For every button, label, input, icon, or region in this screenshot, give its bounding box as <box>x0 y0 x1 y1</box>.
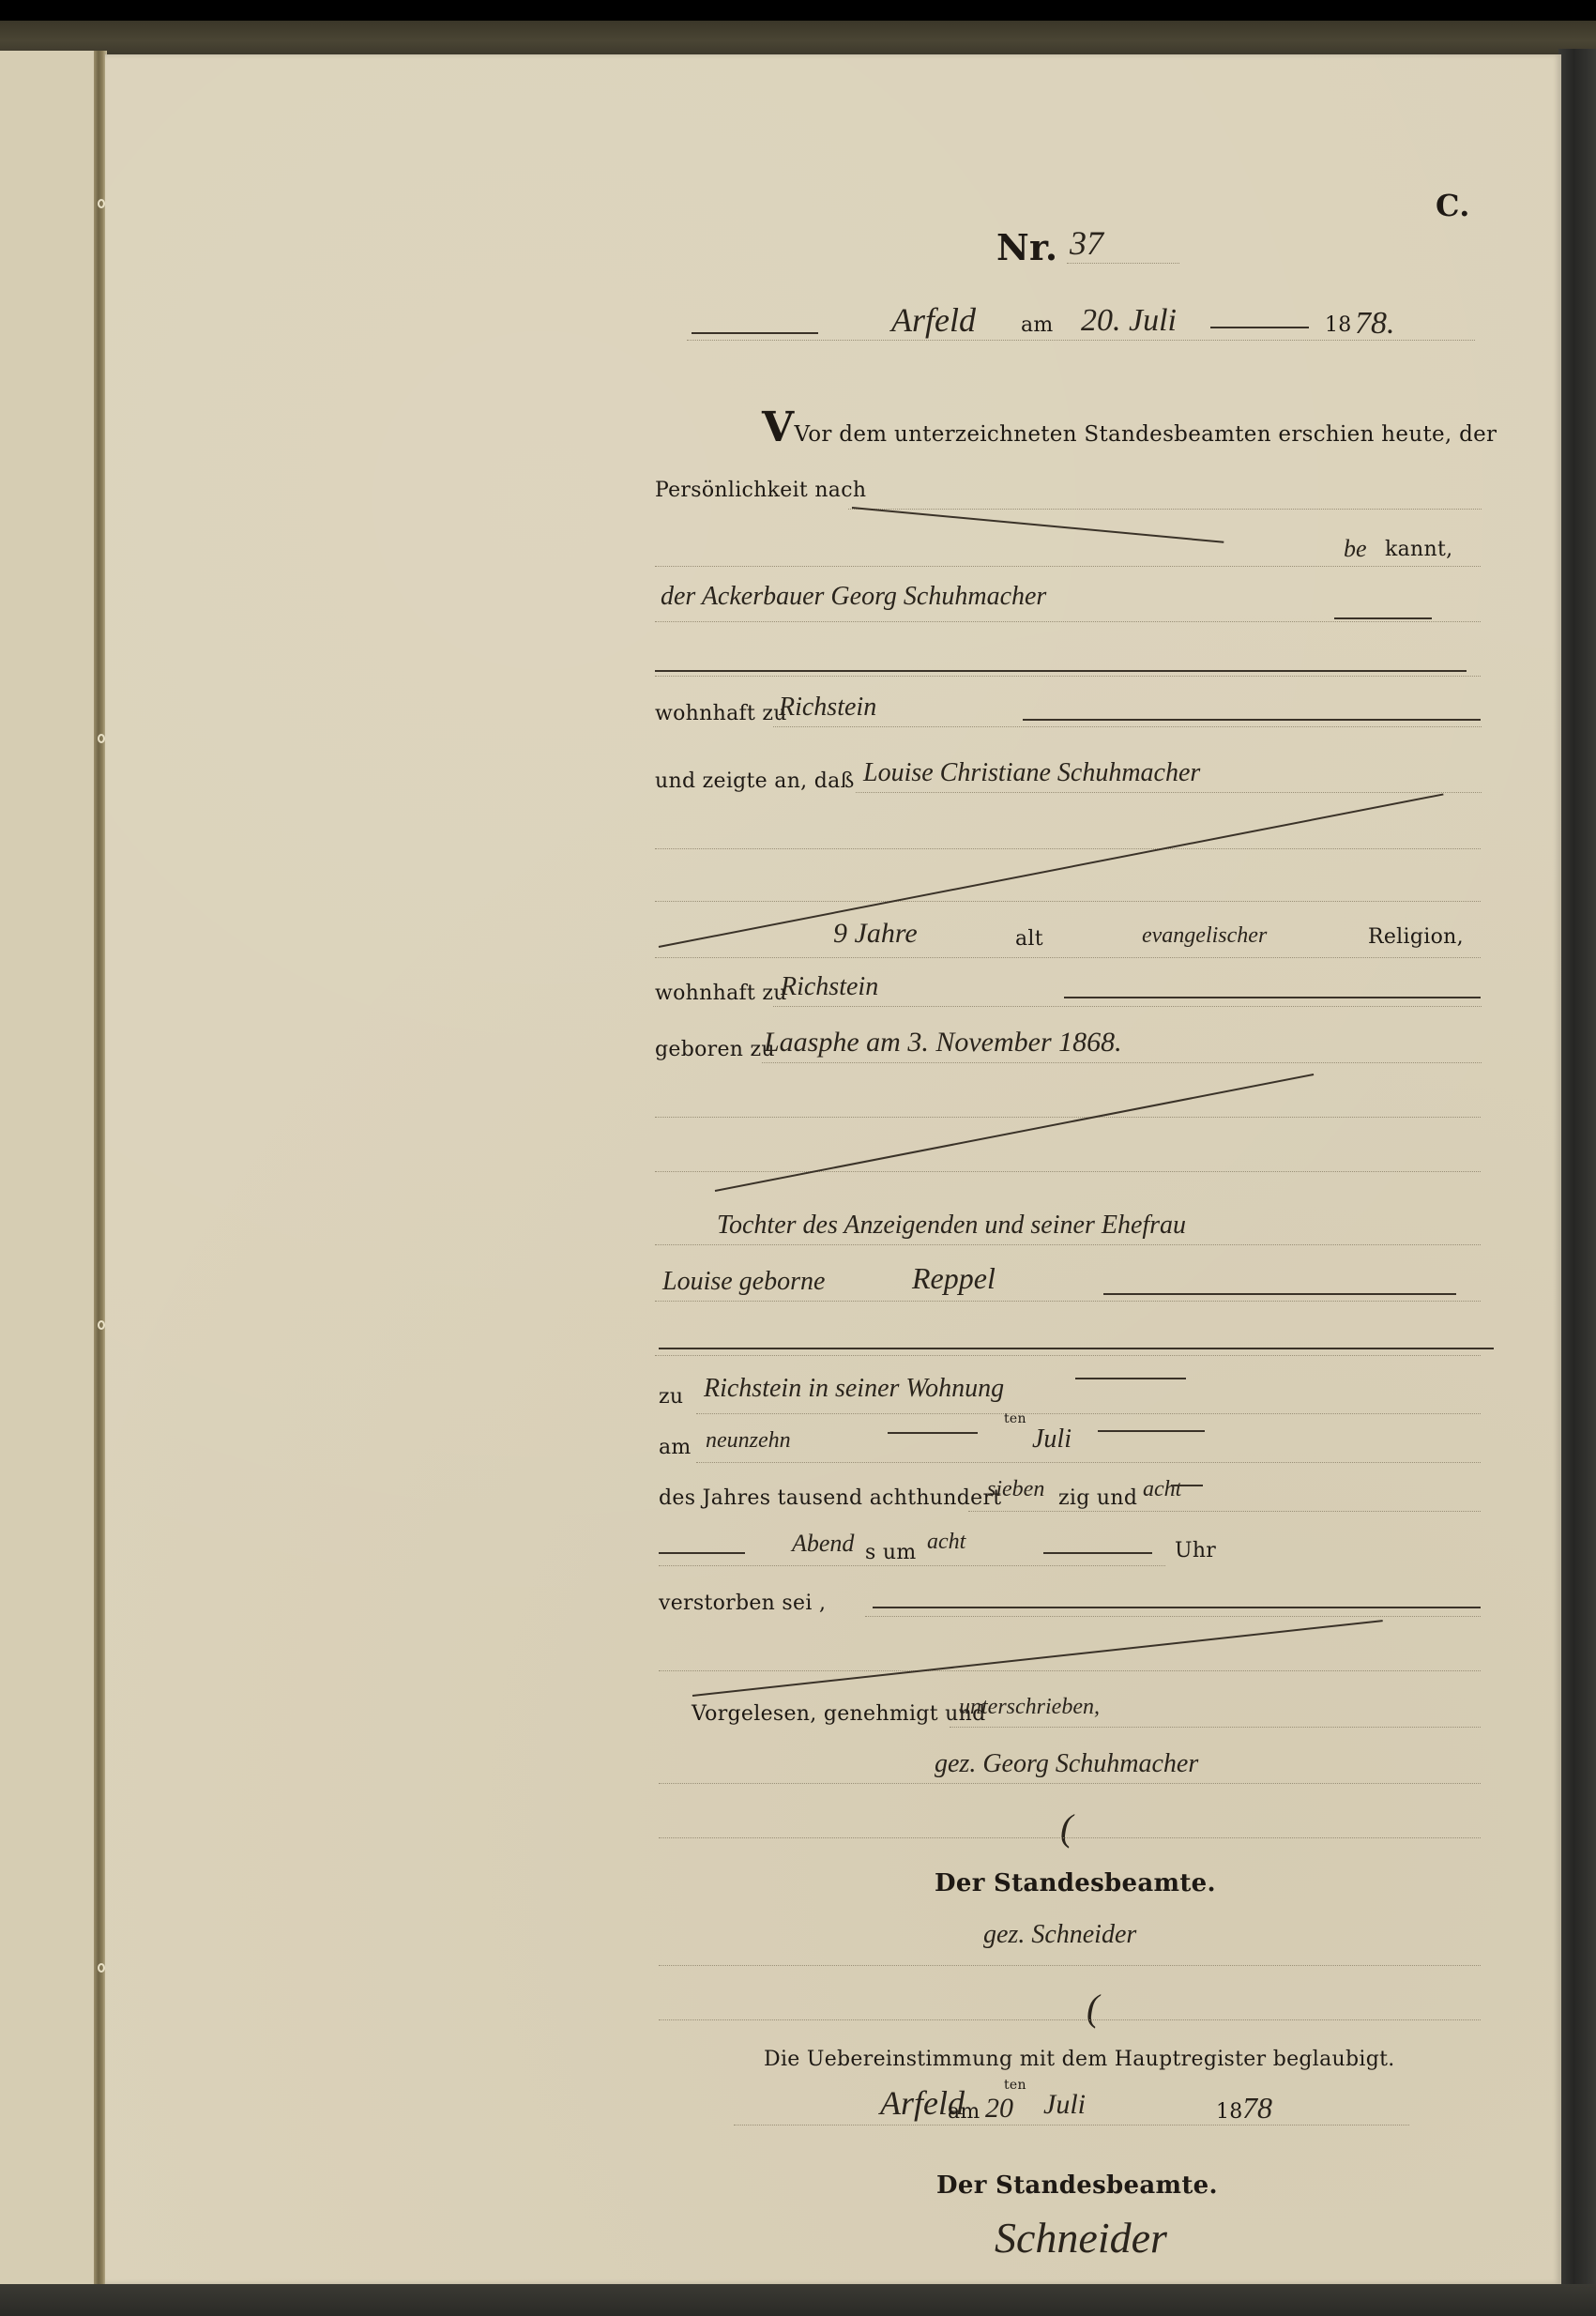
place-field: Arfeld <box>891 300 976 340</box>
declarant-signature: gez. Georg Schuhmacher <box>935 1749 1198 1779</box>
death-register-page: C. Nr. 37 Arfeld am 20. Juli 18 78. VVor… <box>105 54 1561 2284</box>
filler-stroke <box>1098 1430 1205 1432</box>
bekannt-print: kannt, <box>1385 538 1452 561</box>
filler-stroke <box>1334 617 1432 619</box>
birth-field: Laasphe am 3. November 1868. <box>764 1027 1122 1059</box>
dotted-rule <box>655 848 1481 849</box>
dotted-rule <box>773 726 1482 727</box>
age-field: 9 Jahre <box>833 918 918 950</box>
bekannt-hand: be <box>1344 535 1367 563</box>
filler-stroke <box>1171 1485 1203 1486</box>
dotted-rule <box>659 2019 1481 2020</box>
filler-stroke <box>1064 997 1481 998</box>
uhr-label: Uhr <box>1175 1539 1216 1562</box>
dotted-rule <box>848 509 1482 510</box>
dotted-rule <box>696 1413 1481 1414</box>
verstorben-label: verstorben sei , <box>659 1592 826 1615</box>
strike-line <box>715 1074 1314 1192</box>
initial-capital: V <box>762 404 794 451</box>
cert-year-suffix-field: 78 <box>1242 2091 1272 2126</box>
vorgelesen-field: unterschrieben, <box>959 1695 1100 1720</box>
religion-field: evangelischer <box>1142 923 1267 949</box>
filler-stroke <box>1103 1293 1456 1295</box>
death-day-field: neunzehn <box>706 1428 791 1454</box>
dotted-rule <box>655 566 1481 567</box>
dotted-rule <box>655 1301 1481 1302</box>
death-month-field: Juli <box>1032 1425 1072 1455</box>
decade-field: sieben <box>987 1477 1044 1502</box>
am-label-2: am <box>659 1436 692 1459</box>
unit-field: acht <box>1143 1477 1181 1502</box>
cert-ten-superscript: ten <box>1004 2078 1026 2093</box>
dotted-rule <box>655 1355 1481 1356</box>
wohnhaft-label: wohnhaft zu <box>655 702 787 725</box>
final-signature: Schneider <box>995 2213 1167 2263</box>
dotted-rule <box>655 1117 1481 1118</box>
left-page <box>0 51 98 2288</box>
dotted-rule <box>968 1511 1481 1512</box>
number-label: Nr. <box>996 226 1057 268</box>
intro-line: Vor dem unterzeichneten Standesbeamten e… <box>794 422 1497 447</box>
dotted-rule <box>655 901 1481 902</box>
binding-stitch <box>98 734 105 743</box>
strike-line <box>852 507 1224 543</box>
dotted-rule <box>659 1965 1481 1966</box>
form-letter: C. <box>1436 188 1470 223</box>
filler-stroke <box>1075 1378 1186 1379</box>
date-field: 20. Juli <box>1081 303 1177 339</box>
jahres-label: des Jahres tausend achthundert <box>659 1486 1001 1510</box>
book-cover-right <box>1558 49 1596 2316</box>
am-label: am <box>1021 313 1054 337</box>
official-title-2: Der Standesbeamte. <box>936 2171 1218 2200</box>
signature-mark: ( <box>1060 1806 1072 1850</box>
strike-line <box>659 793 1444 948</box>
dotted-rule <box>655 621 1481 622</box>
dotted-rule <box>762 1062 1482 1063</box>
cert-am-label: am <box>948 2100 980 2124</box>
book-cover-top <box>0 21 1596 54</box>
residence-field: Richstein <box>779 693 876 723</box>
death-place-field: Richstein in seiner Wohnung <box>704 1374 1004 1404</box>
year-suffix-field: 78. <box>1355 306 1395 342</box>
year-prefix: 18 <box>1325 313 1352 337</box>
dotted-rule <box>659 1837 1481 1838</box>
binding-stitch <box>98 1963 105 1973</box>
dotted-rule <box>655 1244 1481 1245</box>
cert-year-prefix: 18 <box>1216 2100 1243 2124</box>
filler-stroke <box>659 1348 1494 1349</box>
dotted-rule <box>655 1171 1481 1172</box>
filler-stroke <box>873 1607 1481 1608</box>
wohnhaft-label-2: wohnhaft zu <box>655 982 787 1005</box>
persoenlichkeit-label: Persönlichkeit nach <box>655 479 866 502</box>
filler-stroke <box>692 332 818 334</box>
dotted-rule <box>856 792 1482 793</box>
residence-field-2: Richstein <box>781 972 878 1002</box>
official-title: Der Standesbeamte. <box>935 1869 1216 1897</box>
official-signature: gez. Schneider <box>983 1920 1136 1950</box>
filler-stroke <box>659 1552 745 1554</box>
dotted-rule <box>655 676 1481 677</box>
parents-line-1: Tochter des Anzeigenden und seiner Ehefr… <box>717 1211 1186 1241</box>
hour-field: acht <box>927 1530 965 1555</box>
alt-label: alt <box>1015 927 1043 951</box>
parents-line-2-prefix: Louise geborne <box>662 1267 825 1297</box>
dotted-rule <box>659 1783 1481 1784</box>
death-certificate-form: C. Nr. 37 Arfeld am 20. Juli 18 78. VVor… <box>105 54 1561 2284</box>
image-viewer: C. Nr. 37 Arfeld am 20. Juli 18 78. VVor… <box>0 21 1596 2316</box>
zeigte-an-label: und zeigte an, daß <box>655 769 855 793</box>
dotted-rule <box>773 1006 1482 1007</box>
filler-stroke <box>888 1432 978 1434</box>
strike-line <box>692 1620 1383 1697</box>
binding-stitch <box>98 199 105 208</box>
vorgelesen-label: Vorgelesen, genehmigt und <box>692 1702 985 1726</box>
dotted-rule <box>950 1727 1481 1728</box>
certification-text: Die Uebereinstimmung mit dem Hauptregist… <box>764 2048 1395 2071</box>
intro-text: VVor dem unterzeichneten Standesbeamten … <box>762 404 1497 451</box>
dotted-rule <box>659 1565 1165 1566</box>
dotted-rule <box>1067 263 1179 264</box>
filler-stroke <box>655 670 1467 672</box>
filler-stroke <box>1210 327 1309 328</box>
deceased-name-field: Louise Christiane Schuhmacher <box>863 758 1200 788</box>
mother-maiden-name: Reppel <box>912 1261 996 1296</box>
dotted-rule <box>734 2125 1409 2126</box>
cert-month-field: Juli <box>1043 2089 1086 2121</box>
window-title-bar: /Abt_Ostwestfalen-Lippe/P6/P6-25/~001/P6… <box>0 0 1596 21</box>
s-um-label: s um <box>865 1541 917 1564</box>
binding-stitch <box>98 1320 105 1330</box>
filler-stroke <box>1023 719 1481 721</box>
time-period-field: Abend <box>792 1530 854 1558</box>
zig-und-label: zig und <box>1058 1486 1137 1510</box>
geboren-label: geboren zu <box>655 1038 775 1061</box>
religion-label: Religion, <box>1368 925 1464 949</box>
zu-label: zu <box>659 1385 683 1409</box>
dotted-rule <box>865 1616 1481 1617</box>
signature-mark: ( <box>1087 1986 1099 2030</box>
ten-superscript: ten <box>1004 1411 1026 1426</box>
book-cover-bottom <box>0 2284 1596 2316</box>
dotted-rule <box>696 1462 1481 1463</box>
dotted-rule <box>659 1670 1481 1671</box>
declarant-field: der Ackerbauer Georg Schuhmacher <box>661 582 1046 612</box>
cert-day-field: 20 <box>985 2093 1013 2125</box>
filler-stroke <box>1043 1552 1152 1554</box>
dotted-rule <box>655 957 1481 958</box>
register-number: 37 <box>1070 223 1103 263</box>
